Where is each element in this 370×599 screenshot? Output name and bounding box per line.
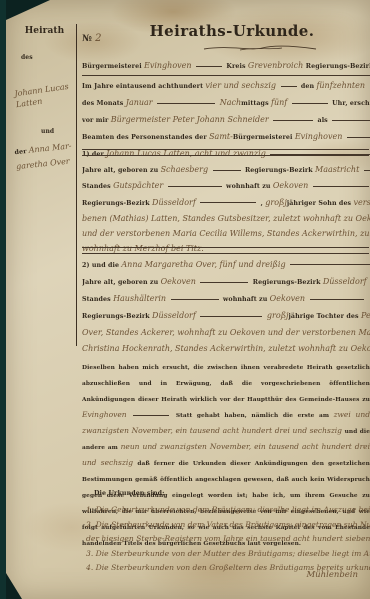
printed-text: Bürgermeisterei (233, 134, 295, 141)
handwritten-text: Oekoven (270, 294, 308, 303)
printed-text: Kreis (224, 63, 248, 70)
printed-text: Regierungs-Bezirk Düsseldorf. (306, 63, 370, 70)
handwritten-text: Evinghoven (144, 61, 194, 70)
blank-rule (281, 86, 297, 87)
margin-groom-name: Johann Lucas Latten (14, 80, 78, 110)
blank-rule (200, 282, 248, 283)
printed-text: Jahre alt, geboren zu (82, 167, 161, 174)
margin-column: Heirath des Johann Lucas Latten und der … (15, 0, 74, 599)
handwritten-text: Düsseldorf (323, 277, 369, 286)
margin-bride-name: der Anna Mar-garetha Over (14, 137, 79, 172)
printed-text: den (299, 83, 317, 90)
form-line: der hiesigen Sterbe-Registern vom Jahre … (86, 530, 370, 545)
blank-rule (157, 103, 215, 104)
printed-text: wohnhaft zu (224, 183, 273, 190)
printed-text: Standes (82, 296, 113, 303)
printed-text: als (315, 117, 330, 124)
form-line: 2. Die Sterbeurkunde von dem Vater des B… (86, 516, 370, 531)
blank-rule (273, 120, 313, 121)
form-line: des Monats Januar Nachmittags fünf Uhr, … (82, 93, 370, 110)
record-number: № 2 (82, 26, 102, 45)
handwritten-text: Düsseldorf (152, 311, 198, 320)
form-line: Beamten des Personenstandes der Samt-Bür… (82, 127, 370, 144)
groom-section: Jahre alt, geboren zu Schaesberg Regieru… (82, 161, 370, 272)
document-title: Heiraths-Urkunde. (112, 22, 352, 40)
handwritten-text: fünfzehnten (316, 81, 367, 90)
printed-text: Regierungs-Bezirk (250, 279, 322, 286)
handwritten-text: Evinghoven (82, 410, 131, 419)
double-rule (82, 149, 369, 156)
bride-section: Jahre alt, geboren zu Oekoven Regierungs… (82, 272, 370, 355)
handwritten-text: Gutspächter (113, 181, 166, 190)
printed-text: der (14, 148, 29, 156)
number-label: № (82, 34, 95, 44)
handwritten-text: Düsseldorf (152, 198, 198, 207)
blank-rule (364, 170, 370, 171)
handwritten-text: Nach (217, 98, 241, 107)
form-line: Bürgermeisterei Evinghoven Kreis Grevenb… (82, 56, 370, 73)
margin-heading: Heirath (15, 26, 74, 36)
printed-text: Dieselben haben mich ersucht, die zwisch… (82, 365, 370, 403)
margin-des-label: des (21, 54, 33, 61)
handwritten-text: der hiesigen Sterbe-Registern vom Jahre … (86, 534, 370, 543)
handwritten-text: großj (265, 198, 287, 207)
printed-text: Bürgermeisterei (82, 63, 144, 70)
documents-list: 1. Die Geburtsurkunde von dem Bräutigam;… (86, 501, 370, 574)
form-line: Christina Hockenrath, Standes Ackerwirth… (82, 339, 370, 355)
blank-rule (310, 299, 364, 300)
printed-text: mittags (241, 100, 271, 107)
certificate-paper: Heirath des Johann Lucas Latten und der … (6, 0, 370, 599)
handwritten-text: Anna Margaretha Over, fünf und dreißig (121, 260, 288, 269)
handwritten-text: Evinghoven (295, 132, 345, 141)
form-line: Regierungs-Bezirk Düsseldorf , großjjähr… (82, 194, 370, 210)
form-line: Regierungs-Bezirk Düsseldorf großjjährig… (82, 306, 370, 323)
handwritten-text: benen (Mathias) Latten, Standes Gutsbesi… (82, 214, 370, 223)
handwritten-text: Christina Hockenrath, Standes Ackerwirth… (82, 344, 370, 353)
blank-rule (213, 170, 241, 171)
handwritten-text: 3. Die Sterbeurkunde von der Mutter des … (86, 549, 370, 558)
blank-rule (313, 186, 369, 187)
handwritten-text: verstor- (353, 198, 370, 207)
handwritten-text: Schaesberg (161, 165, 211, 174)
form-line: und der verstorbenen Maria Cecilia Wille… (82, 225, 370, 240)
handwritten-text: Oekoven (273, 181, 311, 190)
double-rule (82, 247, 369, 254)
printed-text: Standes (82, 183, 113, 190)
printed-text: wohnhaft zu (221, 296, 270, 303)
registrar-signature: Mühlenbein (306, 570, 358, 580)
form-line: 1. Die Geburtsurkunde von dem Bräutigam;… (86, 501, 370, 516)
number-value: 2 (95, 33, 101, 44)
handwritten-text: 1. Die Geburtsurkunde von dem Bräutigam;… (86, 505, 370, 514)
printed-text: Regierungs-Bezirk (82, 313, 152, 320)
handwritten-text: Samt- (209, 132, 233, 141)
blank-rule (290, 264, 370, 265)
form-line: benen (Mathias) Latten, Standes Gutsbesi… (82, 210, 370, 225)
blank-rule (171, 299, 219, 300)
form-line: Jahre alt, geboren zu Schaesberg Regieru… (82, 161, 370, 177)
form-line: 2) und die Anna Margaretha Over, fünf un… (82, 256, 370, 272)
blank-rule (200, 202, 256, 203)
form-line: vor mir Bürgermeister Peter Johann Schne… (82, 110, 370, 127)
form-line: Standes Gutspächter wohnhaft zu Oekoven (82, 177, 370, 193)
printed-text: 2) und die (82, 262, 121, 269)
blank-rule (133, 415, 169, 416)
documents-intro: Die Urkunden sind: (94, 490, 165, 497)
handwritten-text: Januar (126, 98, 155, 107)
handwritten-text: Peter (361, 311, 370, 320)
form-line: Jahre alt, geboren zu Oekoven Regierungs… (82, 272, 370, 289)
printed-text: jährige Tochter des (289, 313, 361, 320)
blank-rule (347, 137, 370, 138)
handwritten-text: Grevenbroich (248, 61, 306, 70)
municipality-line: Bürgermeisterei Evinghoven Kreis Grevenb… (82, 56, 370, 76)
printed-text: Statt gehabt haben, nämlich die erste am (171, 413, 333, 419)
handwritten-text: Bürgermeister Peter Johann Schneider (111, 115, 271, 124)
printed-text: jähriger Sohn des (287, 200, 354, 207)
handwritten-text: fünf (271, 98, 290, 107)
handwritten-text: garetha Over (16, 157, 70, 172)
margin-divider-rule (76, 24, 77, 346)
handwritten-text: großj (264, 311, 288, 320)
certificate-body: № 2 Heiraths-Urkunde. Bürgermeisterei Ev… (82, 0, 370, 599)
handwritten-text: Over, Standes Ackerer, wohnhaft zu Oekov… (82, 328, 370, 337)
printed-text: Regierungs-Bezirk (82, 200, 152, 207)
printed-text: Beamten des Personenstandes der (82, 134, 209, 141)
handwritten-text: 2. Die Sterbeurkunde von dem Vater des B… (86, 520, 370, 529)
blank-rule (292, 103, 328, 104)
form-line: Over, Standes Ackerer, wohnhaft zu Oekov… (82, 323, 370, 339)
form-line: Im Jahre eintausend achthundert vier und… (82, 76, 370, 93)
blank-rule (332, 120, 370, 121)
handwritten-text: Maastricht (315, 165, 362, 174)
blank-rule (168, 186, 222, 187)
printed-text: Jahre alt, geboren zu (82, 279, 161, 286)
form-line: 3. Die Sterbeurkunde von der Mutter des … (86, 545, 370, 560)
printed-text: Im Jahre eintausend achthundert (82, 83, 205, 90)
flourish-ornament (200, 44, 320, 52)
handwritten-text: Haushälterin (113, 294, 169, 303)
printed-text: Uhr, erschienen (330, 100, 370, 107)
blank-rule (200, 316, 262, 317)
printed-text: Regierungs-Bezirk (243, 167, 315, 174)
printed-text: vor mir (82, 117, 111, 124)
form-line: Standes Haushälterin wohnhaft zu Oekoven (82, 289, 370, 306)
document-photo: Heirath des Johann Lucas Latten und der … (0, 0, 370, 599)
printed-text: des Monats (82, 100, 126, 107)
handwritten-text: Oekoven (161, 277, 199, 286)
handwritten-text: vier und sechszig (205, 81, 278, 90)
margin-und-label: und (41, 128, 54, 135)
blank-rule (196, 66, 222, 67)
handwritten-text: und der verstorbenen Maria Cecilia Wille… (82, 229, 370, 238)
